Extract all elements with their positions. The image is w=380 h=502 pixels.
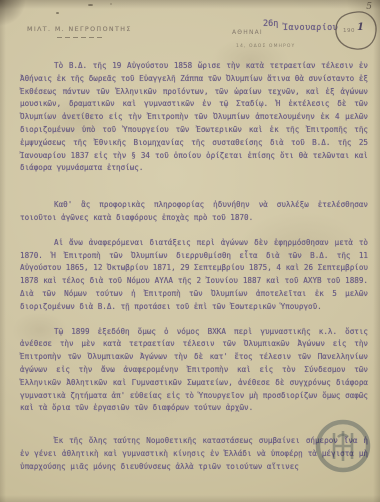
paragraph-4: Τῷ 1899 ἐξεδόθη ὅμως ὁ νόμος ΒΧΚΑ περὶ γ…: [20, 326, 368, 416]
address-line: 14, ΟΔΟΣ ΟΜΗΡΟΥ: [236, 44, 295, 49]
paragraph-5: Ἐκ τῆς ὅλης ταύτης Νομοθετικῆς καταστάσε…: [20, 435, 368, 473]
letterhead-rule: [57, 37, 103, 38]
date-month: Ἰανουαρίου: [283, 23, 338, 33]
paragraph-2: Καθ' ἃς προφορικὰς πληροφορίας ἠδυνήθην …: [20, 199, 368, 225]
place-label: ΑΘΗΝΑΙ: [232, 29, 263, 36]
letter-body: Τὸ Β.Δ. τῆς 19 Αὐγούστου 1858 ὥρισε τὴν …: [20, 60, 368, 486]
paragraph-3: Αἱ ἄνω ἀναφερόμεναι διατάξεις περὶ ἀγώνω…: [20, 237, 368, 314]
sender-name: ΜΙΛΤ. Μ. ΝΕΓΡΟΠΟΝΤΗΣ: [27, 26, 132, 33]
letterhead-sender: ΜΙΛΤ. Μ. ΝΕΓΡΟΠΟΝΤΗΣ: [27, 26, 132, 38]
year-circle: 190 1: [332, 9, 380, 53]
ink-speck: [110, 3, 112, 5]
page-number: 5: [366, 2, 372, 12]
year-printed: 190: [343, 28, 355, 34]
year-handwritten: 1: [357, 22, 364, 33]
paragraph-1: Τὸ Β.Δ. τῆς 19 Αὐγούστου 1858 ὥρισε τὴν …: [20, 60, 368, 175]
document-page: 5 ΜΙΛΤ. Μ. ΝΕΓΡΟΠΟΝΤΗΣ ΑΘΗΝΑΙ 26η Ἰανουα…: [0, 0, 380, 502]
date-day: 26η: [263, 19, 278, 29]
ink-speck: [88, 4, 93, 6]
ink-speck: [56, 12, 59, 14]
handwritten-circle-icon: [332, 9, 380, 53]
